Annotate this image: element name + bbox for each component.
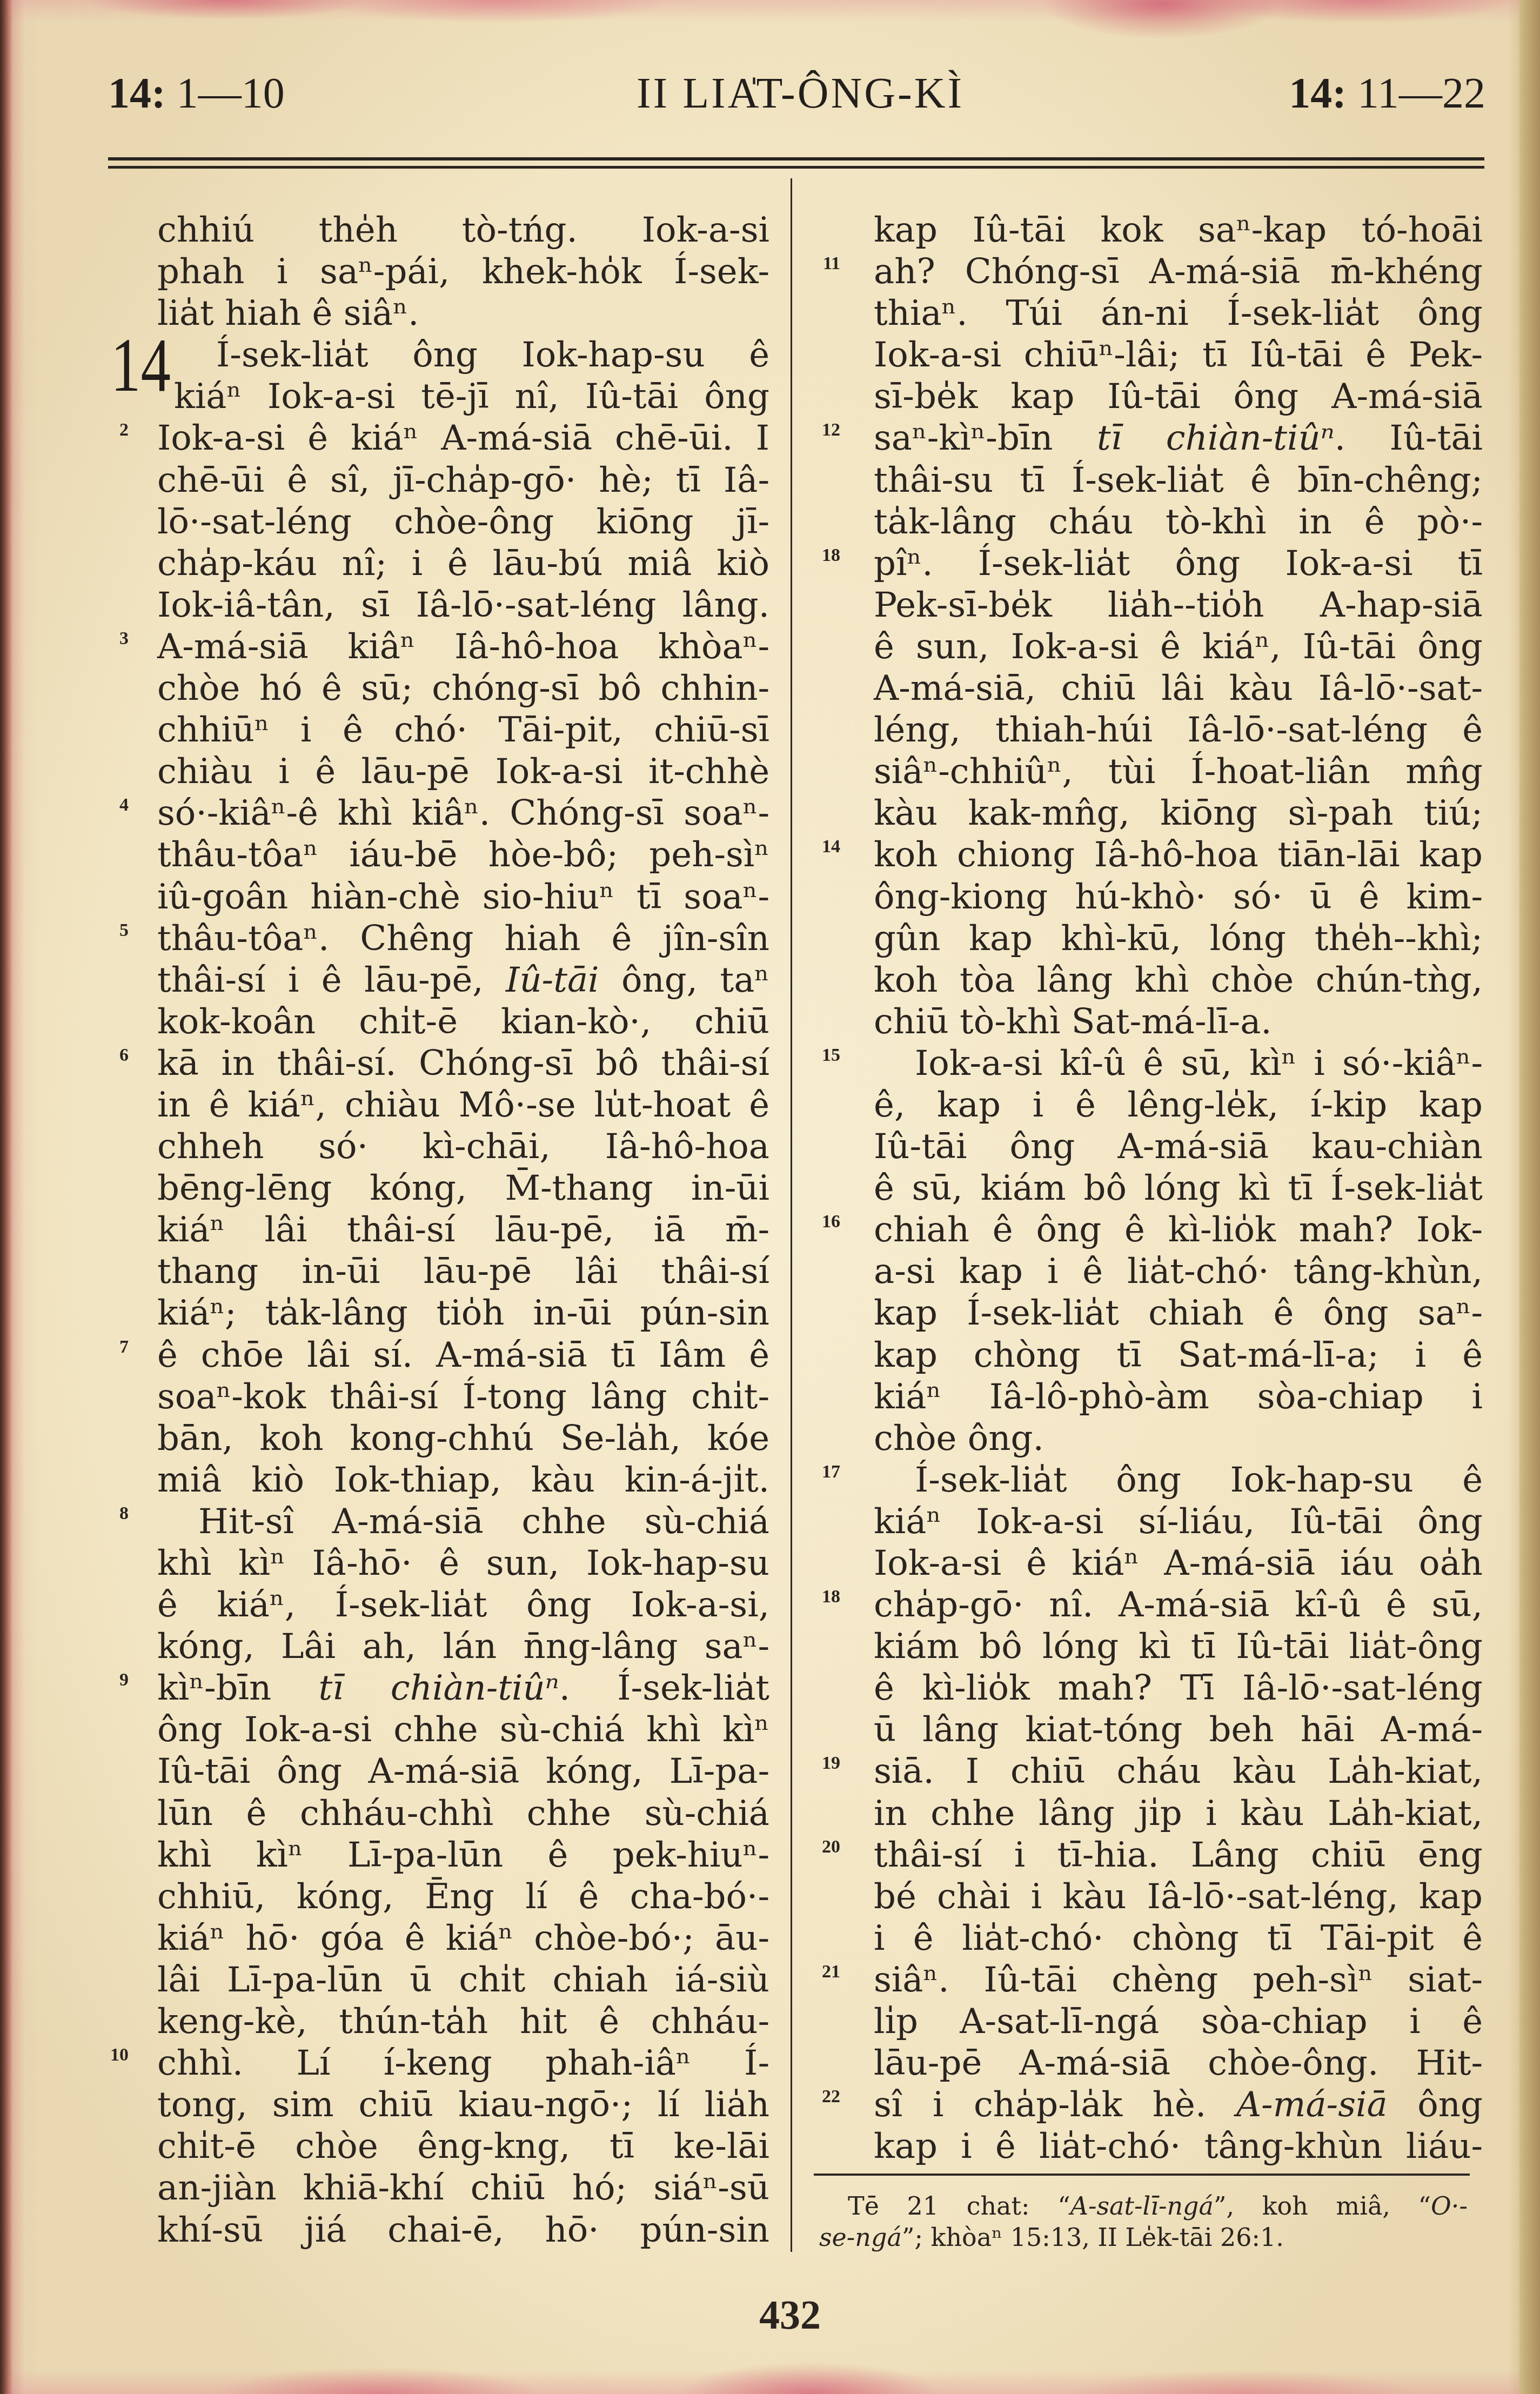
line-text: chi̍t-ē chòe êng-kng, tī ke-lāi (157, 2126, 769, 2166)
verse-number: 16 (822, 1213, 840, 1231)
line-text: só·-kiâⁿ-ê khì kiâⁿ. Chóng-sī soaⁿ- (157, 793, 769, 833)
verse-number: 20 (822, 1838, 840, 1856)
text-line: chheh só· kì-chāi, Iâ-hô-hoa (157, 1126, 769, 1168)
text-line: kap Iû-tāi kok saⁿ-kap tó-hoāi (874, 210, 1483, 251)
text-line: in chhe lâng ji̍p i kàu La̍h-kiat, (874, 1793, 1483, 1835)
header-rule-bottom (108, 166, 1484, 169)
text-line: a-si kap i ê lia̍t-chó· tâng-khùn, (874, 1251, 1483, 1293)
line-text: kap chòng tī Sat-má-lī-a; i ê (874, 1335, 1483, 1375)
text-line: thâi-sí i ê lāu-pē, Iû-tāi ông, taⁿ (157, 960, 769, 1001)
line-text: kiáⁿ Iâ-lô-phò-àm sòa-chiap i (874, 1377, 1483, 1417)
line-text: gûn kap khì-kū, lóng the̍h--khì; (874, 919, 1483, 959)
header-right-chapter: 14: (1289, 70, 1347, 117)
line-text: kap Iû-tāi kok saⁿ-kap tó-hoāi (874, 210, 1483, 250)
footnote-italic-name: se-ngá (819, 2223, 902, 2252)
text-line: léng, thiah-húi Iâ-lō·-sat-léng ê (874, 710, 1483, 751)
text-line: ê sū, kiám bô lóng kì tī Í-sek-lia̍t (874, 1168, 1483, 1209)
footnote-line: Tē 21 chat: “A-sat-lī-ngá”, koh miâ, “O·… (819, 2190, 1468, 2222)
book-edge-left (0, 0, 38, 2394)
verse-number: 8 (119, 1504, 129, 1523)
line-text: Iok-a-si chiūⁿ-lâi; tī Iû-tāi ê Pek- (874, 335, 1483, 375)
line-text: A-má-siā kiâⁿ Iâ-hô-hoa khòaⁿ- (157, 627, 769, 667)
line-text: chhiū, kóng, Ēng lí ê cha-bó·- (157, 1877, 769, 1917)
page-edge-stain-top (0, 0, 1540, 59)
line-text: ah? Chóng-sī A-má-siā m̄-khéng (874, 252, 1483, 292)
verse-number: 14 (822, 838, 840, 856)
text-line: 3A-má-siā kiâⁿ Iâ-hô-hoa khòaⁿ- (157, 626, 769, 668)
text-line: 11ah? Chóng-sī A-má-siā m̄-khéng (874, 251, 1483, 293)
line-text: thâi-sí i tī-hia. Lâng chiū ēng (874, 1835, 1483, 1875)
line-text: lūn ê chháu-chhì chhe sù-chiá (157, 1794, 769, 1834)
line-text: li̍p A-sat-lī-ngá sòa-chiap i ê (874, 2002, 1483, 2042)
line-text: chiū tò-khì Sat-má-lī-a. (874, 1002, 1272, 1042)
text-line: thiaⁿ. Túi án-ni Í-sek-lia̍t ông (874, 293, 1483, 335)
line-text: chhiú the̍h tò-tńg. Iok-a-si (157, 210, 769, 250)
text-line: Í-sek-lia̍t ông Iok-hap-su ê (157, 335, 769, 376)
line-text: Pek-sī-be̍k lia̍h--tio̍h A-hap-siā (874, 585, 1483, 625)
line-text: kok-koân chi̍t-ē kian-kò·, chiū (157, 1002, 769, 1042)
verse-number: 11 (823, 255, 840, 273)
line-text: a-si kap i ê lia̍t-chó· tâng-khùn, (874, 1252, 1483, 1292)
text-line: 21siâⁿ. Iû-tāi chèng peh-sìⁿ siat- (874, 1960, 1483, 2001)
line-text: tong, sim chiū kiau-ngō·; lí lia̍h (157, 2085, 769, 2125)
line-text: ê sun, Iok-a-si ê kiáⁿ, Iû-tāi ông (874, 627, 1483, 667)
text-line: kiáⁿ hō· góa ê kiáⁿ chòe-bó·; āu- (157, 1918, 769, 1960)
line-text: chiah ê ông ê kì-lio̍k mah? Iok- (874, 1210, 1483, 1250)
text-line: thâi-su tī Í-sek-lia̍t ê bīn-chêng; (874, 460, 1483, 501)
text-line: khì kìⁿ Iâ-hō· ê sun, Iok-hap-su (157, 1543, 769, 1584)
line-text: thâu-tôaⁿ iáu-bē hòe-bô; peh-sìⁿ (157, 835, 769, 875)
text-line: gûn kap khì-kū, lóng the̍h--khì; (874, 918, 1483, 960)
verse-number: 18 (822, 546, 840, 565)
verse-number: 15 (822, 1046, 840, 1065)
line-text: in ê kiáⁿ, chiàu Mô·-se lu̍t-hoat ê (157, 1085, 769, 1125)
line-text: lāu-pē A-má-siā chòe-ông. Hit- (874, 2043, 1483, 2083)
text-line: Pek-sī-be̍k lia̍h--tio̍h A-hap-siā (874, 585, 1483, 626)
footnote-text: ”, koh miâ, “ (1214, 2191, 1431, 2221)
verse-number: 12 (822, 421, 840, 439)
line-text: kóng, Lâi ah, lán n̄ng-lâng saⁿ- (157, 1627, 769, 1667)
text-line: lia̍t hiah ê siâⁿ. (157, 293, 769, 335)
line-text: ê, kap i ê lêng-le̍k, í-kip kap (874, 1085, 1483, 1125)
line-text: ê kiáⁿ, Í-sek-lia̍t ông Iok-a-si, (157, 1585, 769, 1625)
line-text: ū lâng kiat-tóng beh hāi A-má- (874, 1710, 1483, 1750)
text-line: thâu-tôaⁿ iáu-bē hòe-bô; peh-sìⁿ (157, 834, 769, 876)
verse-number: 22 (822, 2088, 840, 2106)
text-line: kiáⁿ lâi thâi-sí lāu-pē, iā m̄- (157, 1209, 769, 1251)
line-text: chhì. Lí í-keng phah-iâⁿ Í- (157, 2043, 769, 2083)
italic-phrase: tī chiàn-tiûⁿ (318, 1668, 559, 1708)
line-text-segment: . Í-sek-lia̍t (559, 1668, 769, 1708)
verse-number: 9 (119, 1671, 129, 1689)
verse-number: 7 (119, 1338, 129, 1356)
text-line: 10chhì. Lí í-keng phah-iâⁿ Í- (157, 2043, 769, 2084)
text-line: kiáⁿ Iok-a-si tē-jī nî, Iû-tāi ông (157, 376, 769, 418)
text-line: Iok-iâ-tân, sī Iâ-lō·-sat-léng lâng. (157, 585, 769, 626)
text-line: A-má-siā, chiū lâi kàu Iâ-lō·-sat- (874, 668, 1483, 710)
text-line: bēng-lēng kóng, M̄-thang in-ūi (157, 1168, 769, 1209)
footnote-line: se-ngá”; khòaⁿ 15:13, II Le̍k-tāi 26:1. (819, 2222, 1468, 2253)
text-line: 18pîⁿ. Í-sek-lia̍t ông Iok-a-si tī (874, 543, 1483, 585)
line-text: Í-sek-lia̍t ông Iok-hap-su ê (216, 335, 769, 375)
line-text-segment: . Iû-tāi (1335, 418, 1483, 458)
line-text: saⁿ-kìⁿ-bīn tī chiàn-tiûⁿ. Iû-tāi (874, 418, 1483, 458)
verse-number: 19 (822, 1754, 840, 1773)
line-text: Iû-tāi ông A-má-siā kóng, Lī-pa- (157, 1751, 769, 1791)
text-line: ê kì-lio̍k mah? Tī Iâ-lō·-sat-léng (874, 1668, 1483, 1709)
text-line: bān, koh kong-chhú Se-la̍h, kóe (157, 1418, 769, 1460)
line-text: Hit-sî A-má-siā chhe sù-chiá (198, 1502, 769, 1542)
line-text: A-má-siā, chiū lâi kàu Iâ-lō·-sat- (874, 668, 1483, 708)
text-line: 5thâu-tôaⁿ. Chêng hiah ê jîn-sîn (157, 918, 769, 960)
text-line: chi̍t-ē chòe êng-kng, tī ke-lāi (157, 2126, 769, 2168)
line-text: keng-kè, thún-ta̍h hit ê chháu- (157, 2002, 769, 2042)
line-text: chiàu i ê lāu-pē Iok-a-si it-chhè (157, 752, 769, 792)
verse-number: 3 (119, 630, 129, 648)
footnote-rule (814, 2174, 1470, 2176)
line-text-segment: ông, taⁿ (599, 960, 769, 1000)
text-line: 9kìⁿ-bīn tī chiàn-tiûⁿ. Í-sek-lia̍t (157, 1668, 769, 1709)
text-line: lâi Lī-pa-lūn ū chi̍t chiah iá-siù (157, 1960, 769, 2001)
text-line: kap chòng tī Sat-má-lī-a; i ê (874, 1335, 1483, 1376)
line-text: chhiūⁿ i ê chó· Tāi-pit, chiū-sī (157, 710, 769, 750)
line-text: thâi-sí i ê lāu-pē, Iû-tāi ông, taⁿ (157, 960, 769, 1000)
line-text: kiáⁿ lâi thâi-sí lāu-pē, iā m̄- (157, 1210, 769, 1250)
line-text: ê chōe lâi sí. A-má-siā tī Iâm ê (157, 1335, 769, 1375)
line-text: iû-goân hiàn-chè sio-hiuⁿ tī soaⁿ- (157, 877, 769, 917)
text-line: chhiūⁿ i ê chó· Tāi-pit, chiū-sī (157, 710, 769, 751)
left-column: chhiú the̍h tò-tńg. Iok-a-si phah i saⁿ-… (157, 210, 769, 2251)
text-line: kiáⁿ; ta̍k-lâng tio̍h in-ūi pún-sin (157, 1293, 769, 1334)
line-text: ê sū, kiám bô lóng kì tī Í-sek-lia̍t (874, 1168, 1483, 1208)
line-text: lia̍t hiah ê siâⁿ. (157, 293, 419, 333)
text-line: 4só·-kiâⁿ-ê khì kiâⁿ. Chóng-sī soaⁿ- (157, 793, 769, 834)
text-line: siâⁿ-chhiûⁿ, tùi Í-hoat-liân mn̂g (874, 751, 1483, 793)
line-text: khì kìⁿ Lī-pa-lūn ê pek-hiuⁿ- (157, 1835, 769, 1875)
header-left-verses: 1—10 (177, 70, 285, 117)
line-text: Iok-a-si ê kiáⁿ A-má-siā chē-ūi. I (157, 418, 769, 458)
line-text-segment: sî i cha̍p-la̍k hè. (874, 2085, 1236, 2125)
text-line: 7ê chōe lâi sí. A-má-siā tī Iâm ê (157, 1335, 769, 1376)
verse-number: 4 (119, 796, 129, 814)
text-line: chiàu i ê lāu-pē Iok-a-si it-chhè (157, 751, 769, 793)
footnote-text: Tē 21 chat: “ (848, 2191, 1070, 2221)
text-line: i ê lia̍t-chó· chòng tī Tāi-pit ê (874, 1918, 1483, 1960)
line-text-segment: thâi-sí i ê lāu-pē, (157, 960, 506, 1000)
line-text: ta̍k-lâng cháu tò-khì in ê pò·- (874, 502, 1483, 542)
header-left-chapter: 14: (108, 70, 166, 117)
text-line: kok-koân chi̍t-ē kian-kò·, chiū (157, 1001, 769, 1043)
line-text: chòe ông. (874, 1419, 1044, 1459)
line-text: Iok-a-si ê kiáⁿ A-má-siā iáu oa̍h (874, 1543, 1483, 1583)
text-line: 18cha̍p-gō· nî. A-má-siā kî-û ê sū, (874, 1584, 1483, 1626)
line-text: bān, koh kong-chhú Se-la̍h, kóe (157, 1419, 769, 1459)
text-line: chhiú the̍h tò-tńg. Iok-a-si (157, 210, 769, 251)
line-text: kiáⁿ Iok-a-si tē-jī nî, Iû-tāi ông (174, 377, 769, 417)
line-text: ê kì-lio̍k mah? Tī Iâ-lō·-sat-léng (874, 1668, 1483, 1708)
line-text: kā in thâi-sí. Chóng-sī bô thâi-sí (157, 1044, 769, 1084)
line-text: thang in-ūi lāu-pē lâi thâi-sí (157, 1252, 769, 1292)
text-line: 20thâi-sí i tī-hia. Lâng chiū ēng (874, 1835, 1483, 1876)
column-divider (791, 178, 792, 2252)
line-text-segment: saⁿ-kìⁿ-bīn (874, 418, 1097, 458)
header-right-reference: 14: 11—22 (1289, 72, 1485, 115)
text-line: thang in-ūi lāu-pē lâi thâi-sí (157, 1251, 769, 1293)
text-line: an-jiàn khiā-khí chiū hó; siáⁿ-sū (157, 2168, 769, 2209)
line-text: kiám bô lóng kì tī Iû-tāi lia̍t-ông (874, 1627, 1483, 1667)
line-text: siâⁿ. Iû-tāi chèng peh-sìⁿ siat- (874, 1960, 1483, 2000)
text-line: ū lâng kiat-tóng beh hāi A-má- (874, 1709, 1483, 1751)
text-line: Iok-a-si ê kiáⁿ A-má-siā iáu oa̍h (874, 1543, 1483, 1584)
text-line: tong, sim chiū kiau-ngō·; lí lia̍h (157, 2084, 769, 2126)
text-line: ê sun, Iok-a-si ê kiáⁿ, Iû-tāi ông (874, 626, 1483, 668)
verse-number: 17 (822, 1463, 840, 1481)
italic-phrase: Iû-tāi (506, 960, 599, 1000)
text-line: 19siā. I chiū cháu kàu La̍h-kiat, (874, 1751, 1483, 1793)
line-text: kiáⁿ hō· góa ê kiáⁿ chòe-bó·; āu- (157, 1918, 769, 1958)
text-line: lāu-pē A-má-siā chòe-ông. Hit- (874, 2043, 1483, 2084)
text-line: khí-sū jiá chai-ē, hō· pún-sin (157, 2210, 769, 2251)
text-line: kap Í-sek-lia̍t chiah ê ông saⁿ- (874, 1293, 1483, 1334)
text-line: 17Í-sek-lia̍t ông Iok-hap-su ê (874, 1460, 1483, 1501)
text-line: li̍p A-sat-lī-ngá sòa-chiap i ê (874, 2001, 1483, 2043)
text-line: 14koh chiong Iâ-hô-hoa tiān-lāi kap (874, 834, 1483, 876)
line-text: koh chiong Iâ-hô-hoa tiān-lāi kap (874, 835, 1483, 875)
line-text: thiaⁿ. Túi án-ni Í-sek-lia̍t ông (874, 293, 1483, 333)
text-line: koh tòa lâng khì chòe chún-tǹg, (874, 960, 1483, 1001)
text-line: kiáⁿ Iâ-lô-phò-àm sòa-chiap i (874, 1376, 1483, 1418)
line-text: chē-ūi ê sî, jī-cha̍p-gō· hè; tī Iâ- (157, 460, 769, 500)
text-line: sī-be̍k kap Iû-tāi ông A-má-siā (874, 376, 1483, 418)
line-text: thâi-su tī Í-sek-lia̍t ê bīn-chêng; (874, 460, 1483, 500)
line-text: lâi Lī-pa-lūn ū chi̍t chiah iá-siù (157, 1960, 769, 2000)
text-line: keng-kè, thún-ta̍h hit ê chháu- (157, 2001, 769, 2043)
line-text: chheh só· kì-chāi, Iâ-hô-hoa (157, 1127, 769, 1167)
footnote-italic-name: A-sat-lī-ngá (1070, 2191, 1214, 2221)
footnote-italic-name: O·- (1431, 2191, 1468, 2221)
line-text: khí-sū jiá chai-ē, hō· pún-sin (157, 2210, 769, 2250)
text-line: ông Iok-a-si chhe sù-chiá khì kìⁿ (157, 1709, 769, 1751)
text-line: ê, kap i ê lêng-le̍k, í-kip kap (874, 1085, 1483, 1126)
verse-number: 6 (119, 1046, 129, 1065)
line-text: bé chài i kàu Iâ-lō·-sat-léng, kap (874, 1877, 1483, 1917)
line-text: miâ kiò Iok-thiap, kàu kin-á-ji̍t. (157, 1460, 769, 1500)
verse-number: 5 (119, 921, 129, 940)
text-line: iû-goân hiàn-chè sio-hiuⁿ tī soaⁿ- (157, 877, 769, 918)
line-text: chòe hó ê sū; chóng-sī bô chhin- (157, 668, 769, 708)
line-text: kàu kak-mn̂g, kiōng sì-pah tiú; (874, 793, 1483, 833)
line-text: kiáⁿ; ta̍k-lâng tio̍h in-ūi pún-sin (157, 1293, 769, 1333)
line-text: kap i ê lia̍t-chó· tâng-khùn liáu- (874, 2126, 1483, 2166)
line-text: siâⁿ-chhiûⁿ, tùi Í-hoat-liân mn̂g (874, 752, 1483, 792)
line-text: cha̍p-gō· nî. A-má-siā kî-û ê sū, (874, 1585, 1483, 1625)
text-line: chhiū, kóng, Ēng lí ê cha-bó·- (157, 1876, 769, 1918)
text-line: kàu kak-mn̂g, kiōng sì-pah tiú; (874, 793, 1483, 834)
text-line: ông-kiong hú-khò· só· ū ê kim- (874, 877, 1483, 918)
text-line: chòe ông. (874, 1418, 1483, 1460)
line-text: bēng-lēng kóng, M̄-thang in-ūi (157, 1168, 769, 1208)
right-column: kap Iû-tāi kok saⁿ-kap tó-hoāi 11ah? Chó… (874, 210, 1483, 2168)
text-line: kap i ê lia̍t-chó· tâng-khùn liáu- (874, 2126, 1483, 2168)
text-line: 12saⁿ-kìⁿ-bīn tī chiàn-tiûⁿ. Iû-tāi (874, 418, 1483, 459)
verse-number: 21 (822, 1963, 840, 1981)
text-line: 16chiah ê ông ê kì-lio̍k mah? Iok- (874, 1209, 1483, 1251)
line-text: an-jiàn khiā-khí chiū hó; siáⁿ-sū (157, 2168, 769, 2208)
line-text: cha̍p-káu nî; i ê lāu-bú miâ kiò (157, 544, 769, 584)
verse-number: 18 (822, 1588, 840, 1606)
text-line: kiáⁿ Iok-a-si sí-liáu, Iû-tāi ông (874, 1501, 1483, 1543)
text-line: lō·-sat-léng chòe-ông kiōng jī- (157, 501, 769, 543)
line-text: lō·-sat-léng chòe-ông kiōng jī- (157, 502, 769, 542)
text-line: chòe hó ê sū; chóng-sī bô chhin- (157, 668, 769, 710)
text-line: 2Iok-a-si ê kiáⁿ A-má-siā chē-ūi. I (157, 418, 769, 459)
book-gutter-right (1508, 0, 1540, 2394)
line-text: léng, thiah-húi Iâ-lō·-sat-léng ê (874, 710, 1483, 750)
line-text: kap Í-sek-lia̍t chiah ê ông saⁿ- (874, 1293, 1483, 1333)
text-line: khì kìⁿ Lī-pa-lūn ê pek-hiuⁿ- (157, 1835, 769, 1876)
text-line: cha̍p-káu nî; i ê lāu-bú miâ kiò (157, 543, 769, 585)
text-line: miâ kiò Iok-thiap, kàu kin-á-ji̍t. (157, 1460, 769, 1501)
text-line: Iû-tāi ông A-má-siā kóng, Lī-pa- (157, 1751, 769, 1793)
text-line: phah i saⁿ-pái, khek-ho̍k Í-sek- (157, 251, 769, 293)
line-text: pîⁿ. Í-sek-lia̍t ông Iok-a-si tī (874, 544, 1483, 584)
text-line: in ê kiáⁿ, chiàu Mô·-se lu̍t-hoat ê (157, 1085, 769, 1126)
text-line: Iok-a-si chiūⁿ-lâi; tī Iû-tāi ê Pek- (874, 335, 1483, 376)
line-text-segment: kìⁿ-bīn (157, 1668, 318, 1708)
text-line: 22sî i cha̍p-la̍k hè. A-má-siā ông (874, 2084, 1483, 2126)
text-line: ê kiáⁿ, Í-sek-lia̍t ông Iok-a-si, (157, 1584, 769, 1626)
line-text: ông-kiong hú-khò· só· ū ê kim- (874, 877, 1483, 917)
italic-phrase: tī chiàn-tiûⁿ (1097, 418, 1335, 458)
footnote-text: ”; khòaⁿ 15:13, II Le̍k-tāi 26:1. (902, 2223, 1284, 2252)
line-text-segment: ông (1388, 2085, 1483, 2125)
line-text: siā. I chiū cháu kàu La̍h-kiat, (874, 1751, 1483, 1791)
page-number: 432 (759, 2295, 821, 2336)
line-text: khì kìⁿ Iâ-hō· ê sun, Iok-hap-su (157, 1543, 769, 1583)
verse-number: 2 (119, 421, 129, 439)
line-text: Í-sek-lia̍t ông Iok-hap-su ê (915, 1460, 1483, 1500)
line-text: ông Iok-a-si chhe sù-chiá khì kìⁿ (157, 1710, 769, 1750)
italic-phrase: A-má-siā (1236, 2085, 1388, 2125)
text-line: 8Hit-sî A-má-siā chhe sù-chiá (157, 1501, 769, 1543)
line-text: soaⁿ-kok thâi-sí Í-tong lâng chi̍t- (157, 1377, 769, 1417)
line-text: sî i cha̍p-la̍k hè. A-má-siā ông (874, 2085, 1483, 2125)
line-text: kiáⁿ Iok-a-si sí-liáu, Iû-tāi ông (874, 1502, 1483, 1542)
line-text: Iok-iâ-tân, sī Iâ-lō·-sat-léng lâng. (157, 585, 769, 625)
text-line: 6kā in thâi-sí. Chóng-sī bô thâi-sí (157, 1043, 769, 1085)
text-line: soaⁿ-kok thâi-sí Í-tong lâng chi̍t- (157, 1376, 769, 1418)
text-line: ta̍k-lâng cháu tò-khì in ê pò·- (874, 501, 1483, 543)
text-line: 15Iok-a-si kî-û ê sū, kìⁿ i só·-kiâⁿ- (874, 1043, 1483, 1085)
text-line: bé chài i kàu Iâ-lō·-sat-léng, kap (874, 1876, 1483, 1918)
text-line: chē-ūi ê sî, jī-cha̍p-gō· hè; tī Iâ- (157, 460, 769, 501)
verse-number: 10 (110, 2046, 129, 2064)
line-text: i ê lia̍t-chó· chòng tī Tāi-pit ê (874, 1918, 1483, 1958)
header-book-title: II LIA̍T-ÔNG-KÌ (637, 72, 964, 115)
text-line: kiám bô lóng kì tī Iû-tāi lia̍t-ông (874, 1626, 1483, 1668)
line-text: Iok-a-si kî-û ê sū, kìⁿ i só·-kiâⁿ- (915, 1044, 1483, 1084)
line-text: koh tòa lâng khì chòe chún-tǹg, (874, 960, 1483, 1000)
text-line: Iû-tāi ông A-má-siā kau-chiàn (874, 1126, 1483, 1168)
page-edge-stain-bottom (0, 2345, 1540, 2394)
line-text: kìⁿ-bīn tī chiàn-tiûⁿ. Í-sek-lia̍t (157, 1668, 769, 1708)
header-rule-top (108, 157, 1484, 161)
header-right-verses: 11—22 (1357, 70, 1485, 117)
footnote: Tē 21 chat: “A-sat-lī-ngá”, koh miâ, “O·… (819, 2190, 1468, 2253)
text-line: lūn ê chháu-chhì chhe sù-chiá (157, 1793, 769, 1835)
text-line: chiū tò-khì Sat-má-lī-a. (874, 1001, 1483, 1043)
line-text: thâu-tôaⁿ. Chêng hiah ê jîn-sîn (157, 919, 769, 959)
line-text: phah i saⁿ-pái, khek-ho̍k Í-sek- (157, 252, 769, 292)
line-text: in chhe lâng ji̍p i kàu La̍h-kiat, (874, 1794, 1483, 1834)
header-left-reference: 14: 1—10 (108, 72, 285, 115)
line-text: Iû-tāi ông A-má-siā kau-chiàn (874, 1127, 1483, 1167)
line-text: sī-be̍k kap Iû-tāi ông A-má-siā (874, 377, 1483, 417)
text-line: kóng, Lâi ah, lán n̄ng-lâng saⁿ- (157, 1626, 769, 1668)
